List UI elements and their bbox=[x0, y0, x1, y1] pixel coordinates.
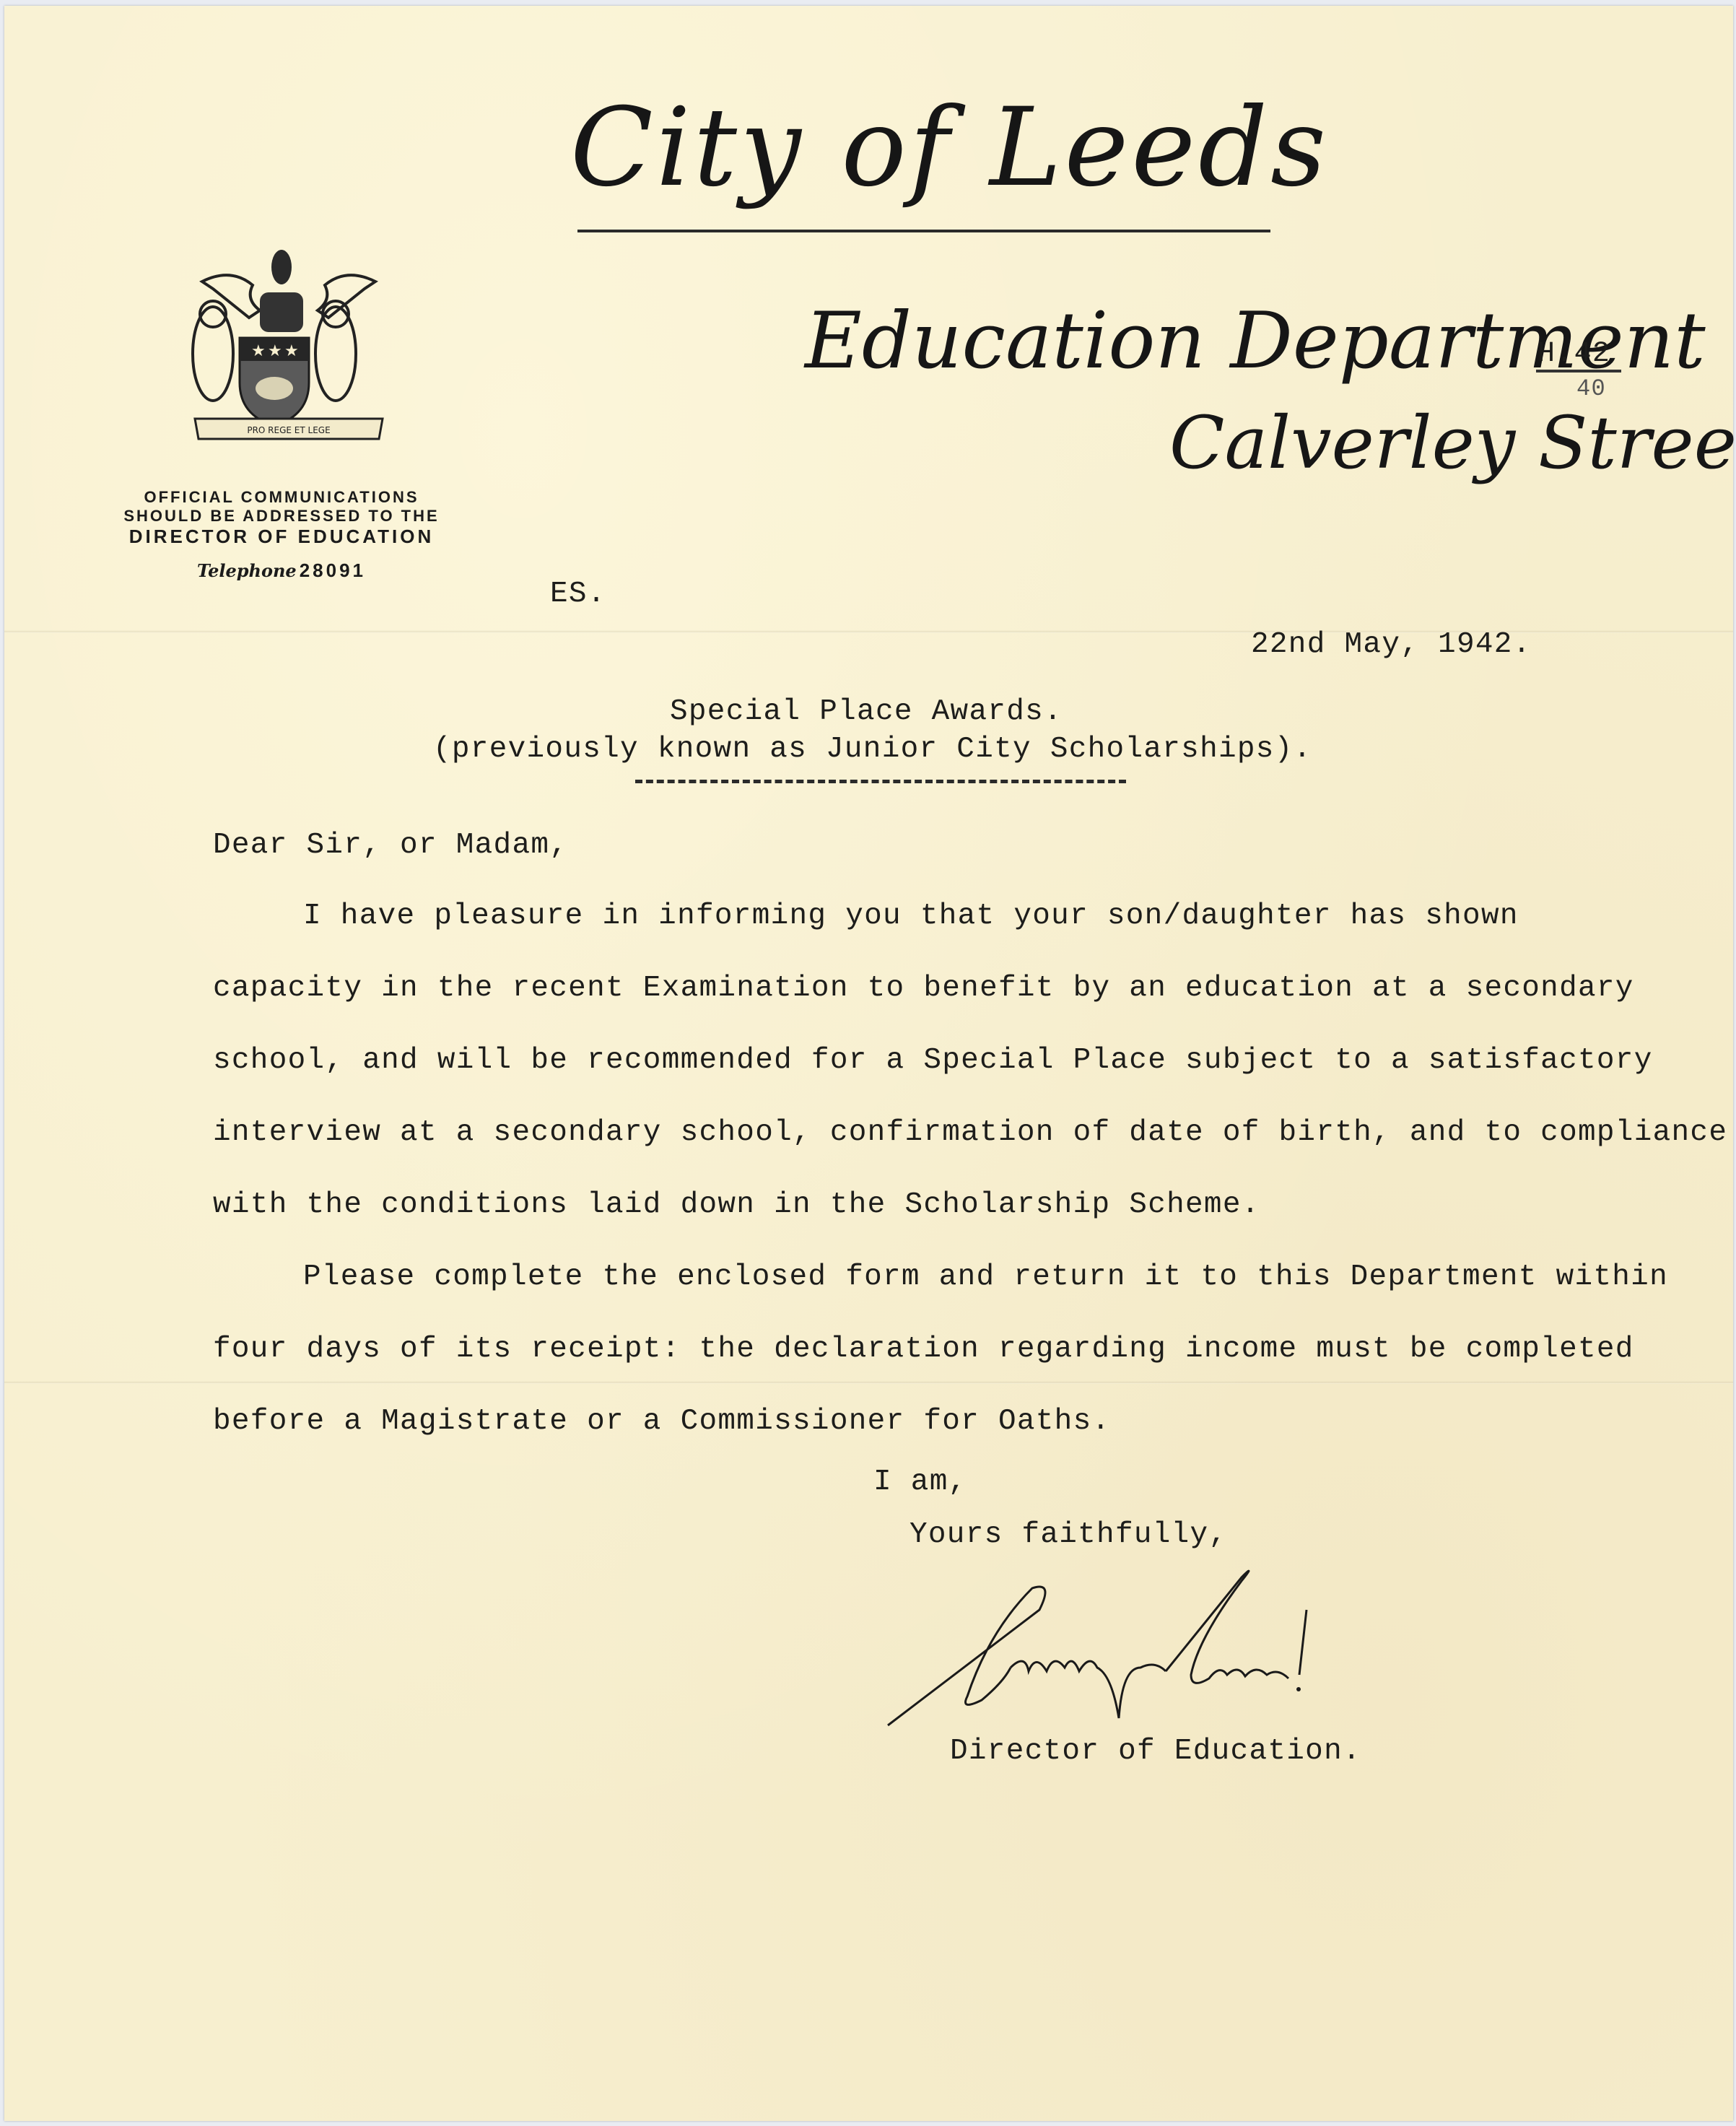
svg-text:★: ★ bbox=[268, 342, 282, 360]
letter-reference: ES. bbox=[550, 578, 606, 611]
body-line: with the conditions laid down in the Sch… bbox=[213, 1188, 1260, 1221]
salutation: Dear Sir, or Madam, bbox=[213, 829, 568, 862]
letter-date: 22nd May, 1942. bbox=[1251, 628, 1532, 661]
crest-motto: PRO REGE ET LEGE bbox=[247, 425, 330, 435]
fold-line bbox=[4, 1381, 1733, 1384]
street-address: Calverley Street bbox=[1169, 401, 1736, 485]
telephone: Telephone 28091 bbox=[94, 559, 469, 582]
signatory-title: Director of Education. bbox=[950, 1735, 1361, 1768]
subject-line: Special Place Awards. bbox=[433, 693, 1299, 731]
body-line: interview at a secondary school, confirm… bbox=[213, 1116, 1727, 1149]
subject-underline bbox=[635, 780, 1126, 783]
official-notice-line: OFFICIAL COMMUNICATIONS bbox=[94, 488, 469, 507]
reference-rule bbox=[1536, 370, 1621, 373]
closing-i-am: I am, bbox=[873, 1465, 967, 1499]
letterhead-title: City of Leeds bbox=[570, 85, 1329, 211]
body-line: school, and will be recommended for a Sp… bbox=[213, 1044, 1653, 1077]
official-notice-line: SHOULD BE ADDRESSED TO THE bbox=[94, 507, 469, 526]
svg-text:★: ★ bbox=[284, 342, 299, 360]
body-line: four days of its receipt: the declaratio… bbox=[213, 1333, 1634, 1366]
title-underline bbox=[577, 230, 1270, 232]
body-line: capacity in the recent Examination to be… bbox=[213, 972, 1634, 1005]
telephone-label: Telephone bbox=[197, 560, 297, 581]
telephone-number: 28091 bbox=[300, 559, 366, 581]
signature-icon bbox=[881, 1545, 1458, 1761]
body-line: Please complete the enclosed form and re… bbox=[303, 1260, 1668, 1294]
svg-text:★: ★ bbox=[251, 342, 266, 360]
official-notice: OFFICIAL COMMUNICATIONS SHOULD BE ADDRES… bbox=[94, 488, 469, 547]
subject-line: (previously known as Junior City Scholar… bbox=[433, 731, 1299, 768]
letter-subject: Special Place Awards. (previously known … bbox=[433, 693, 1299, 768]
official-notice-line: DIRECTOR OF EDUCATION bbox=[94, 526, 469, 547]
reference-sub: 40 bbox=[1576, 375, 1606, 402]
reference-code: H.42 bbox=[1537, 338, 1610, 370]
body-line: before a Magistrate or a Commissioner fo… bbox=[213, 1405, 1110, 1438]
coat-of-arms-icon: ★ ★ ★ PRO REGE ET LEGE bbox=[180, 245, 397, 448]
body-line: I have pleasure in informing you that yo… bbox=[303, 899, 1519, 933]
